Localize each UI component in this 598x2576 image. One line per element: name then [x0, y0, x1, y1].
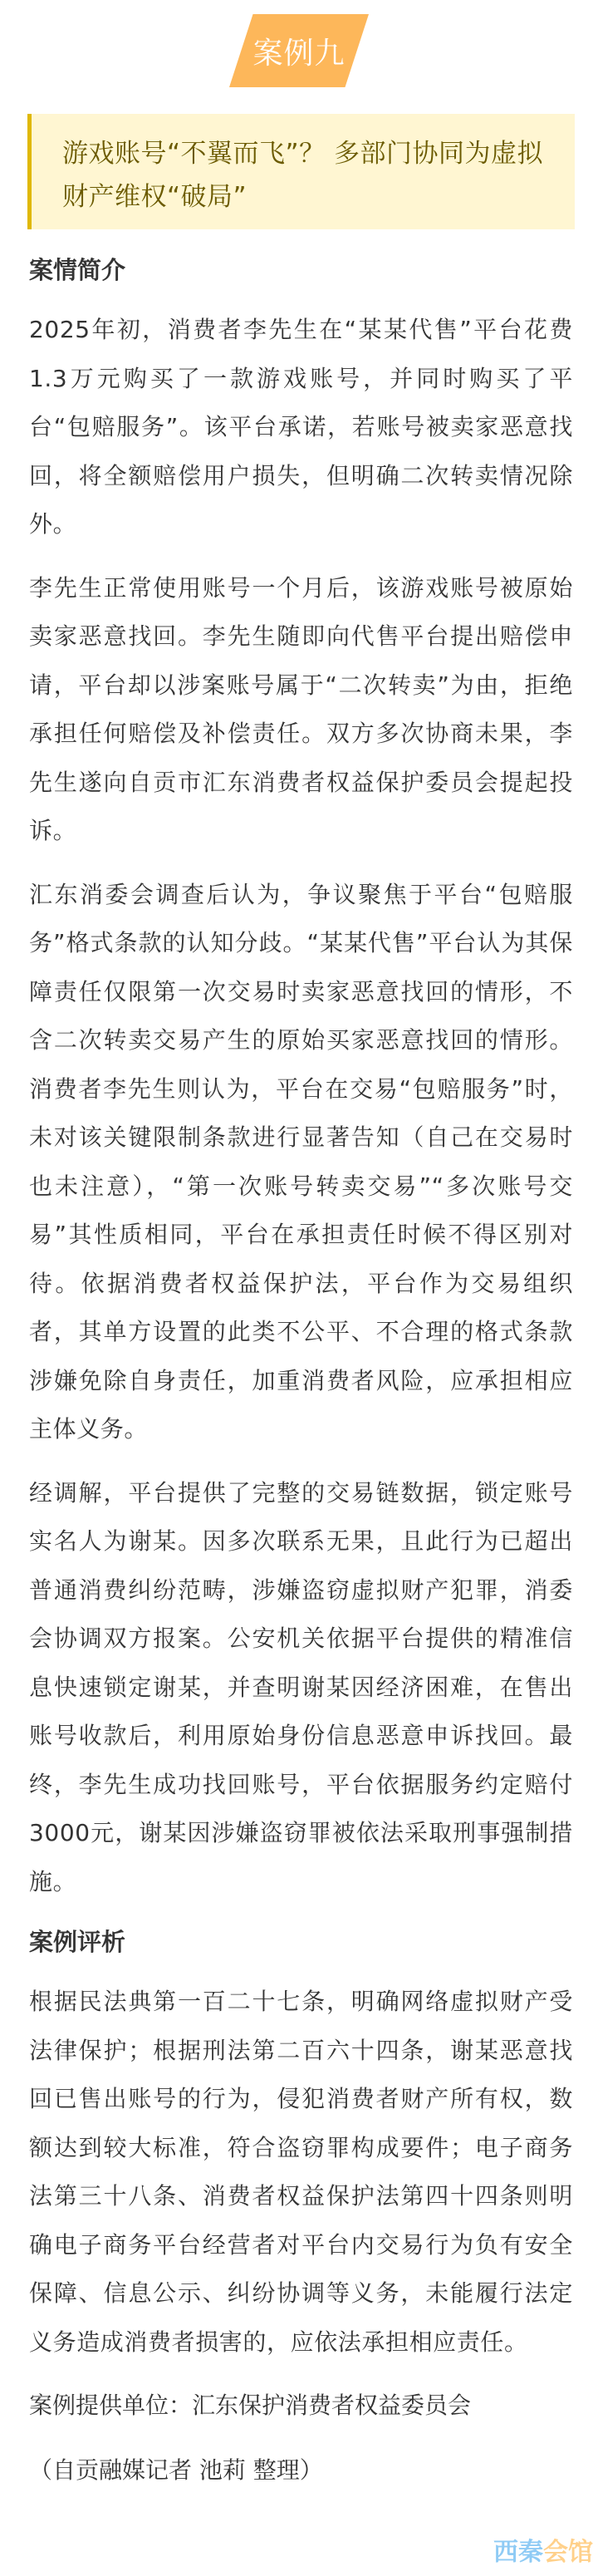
case-title-box: 游戏账号“不翼而飞”？ 多部门协同为虚拟财产维权“破局” — [27, 114, 575, 229]
paragraph: 2025年初，消费者李先生在“某某代售”平台花费1.3万元购买了一款游戏账号，并… — [29, 306, 573, 549]
section-heading-summary: 案情简介 — [29, 249, 573, 291]
case-number-banner: 案例九 — [229, 14, 369, 87]
watermark-part-1: 西秦 — [493, 2538, 543, 2567]
reporter-byline: （自贡融媒记者 池莉 整理） — [29, 2446, 573, 2495]
case-number-label: 案例九 — [252, 30, 345, 72]
paragraph: 根据民法典第一百二十七条，明确网络虚拟财产受法律保护；根据刑法第二百六十四条，谢… — [29, 1978, 573, 2367]
paragraph: 李先生正常使用账号一个月后，该游戏账号被原始卖家恶意找回。李先生随即向代售平台提… — [29, 564, 573, 856]
paragraph: 汇东消委会调查后认为，争议聚焦于平台“包赔服务”格式条款的认知分歧。“某某代售”… — [29, 871, 573, 1454]
case-provider-credit: 案例提供单位：汇东保护消费者权益委员会 — [29, 2382, 573, 2430]
case-banner-wrap: 案例九 — [0, 14, 598, 87]
section-heading-analysis: 案例评析 — [29, 1921, 573, 1963]
case-title: 游戏账号“不翼而飞”？ 多部门协同为虚拟财产维权“破局” — [62, 132, 558, 219]
paragraph: 经调解，平台提供了完整的交易链数据，锁定账号实名人为谢某。因多次联系无果，且此行… — [29, 1469, 573, 1907]
article-body: 案情简介 2025年初，消费者李先生在“某某代售”平台花费1.3万元购买了一款游… — [29, 249, 573, 2495]
watermark-part-2: 会馆 — [543, 2538, 593, 2567]
watermark-logo: 西秦会馆 — [493, 2531, 593, 2568]
